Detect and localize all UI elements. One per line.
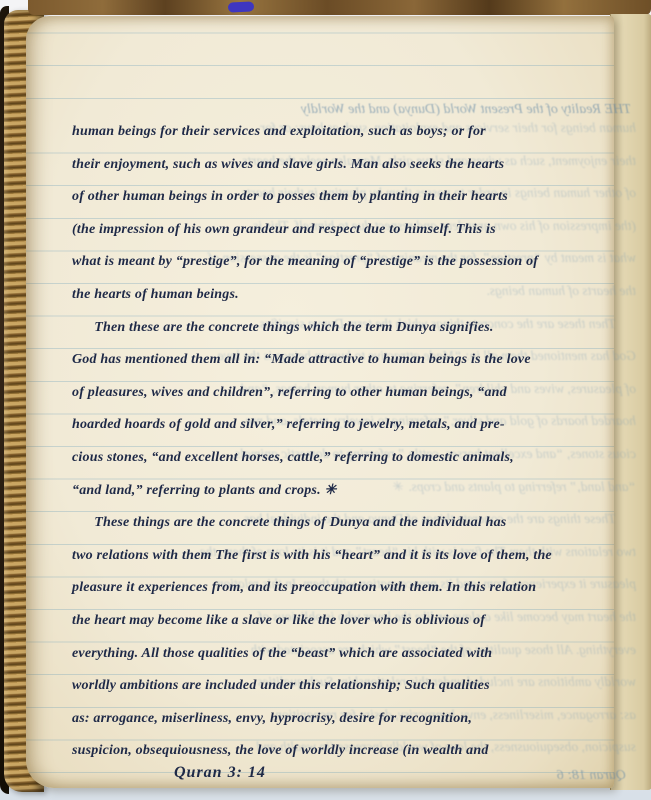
handwritten-line: the heart may become like a slave or lik… bbox=[72, 605, 650, 638]
notebook-scan: THE Reality of the Present World (Dunya)… bbox=[0, 0, 651, 800]
bleedthrough-citation: Quran 18: 6 bbox=[466, 768, 626, 784]
handwritten-line: what is meant by “prestige”, for the mea… bbox=[72, 246, 650, 279]
handwritten-line: hoarded hoards of gold and silver,” refe… bbox=[72, 409, 650, 442]
handwritten-text: human beings for their services and expl… bbox=[72, 116, 650, 768]
notebook-top-edge bbox=[28, 0, 651, 15]
handwritten-line: suspicion, obsequiousness, the love of w… bbox=[72, 735, 650, 768]
blue-ink-smudge bbox=[228, 1, 254, 12]
handwritten-line: God has mentioned them all in: “Made att… bbox=[72, 344, 650, 377]
handwritten-line: the hearts of human beings. bbox=[72, 279, 650, 312]
handwritten-line: (the impression of his own grandeur and … bbox=[72, 214, 650, 247]
handwritten-line: everything. All those qualities of the “… bbox=[72, 638, 650, 671]
handwritten-line: These things are the concrete things of … bbox=[72, 507, 650, 540]
handwritten-line: human beings for their services and expl… bbox=[72, 116, 650, 149]
handwritten-line: their enjoyment, such as wives and slave… bbox=[72, 149, 650, 182]
notebook-page: THE Reality of the Present World (Dunya)… bbox=[26, 16, 614, 788]
footnote-citation: Quran 3: 14 bbox=[174, 764, 266, 782]
handwritten-line: “and land,” referring to plants and crop… bbox=[72, 475, 650, 508]
handwritten-line: as: arrogance, miserliness, envy, hyproc… bbox=[72, 703, 650, 736]
handwritten-line: cious stones, “and excellent horses, cat… bbox=[72, 442, 650, 475]
handwritten-line: two relations with them The first is wit… bbox=[72, 540, 650, 573]
handwritten-line: worldly ambitions are included under thi… bbox=[72, 670, 650, 703]
handwritten-line: of pleasures, wives and children”, refer… bbox=[72, 377, 650, 410]
handwritten-line: of other human beings in order to posses… bbox=[72, 181, 650, 214]
handwritten-line: pleasure it experiences from, and its pr… bbox=[72, 572, 650, 605]
handwritten-line: Then these are the concrete things which… bbox=[72, 312, 650, 345]
